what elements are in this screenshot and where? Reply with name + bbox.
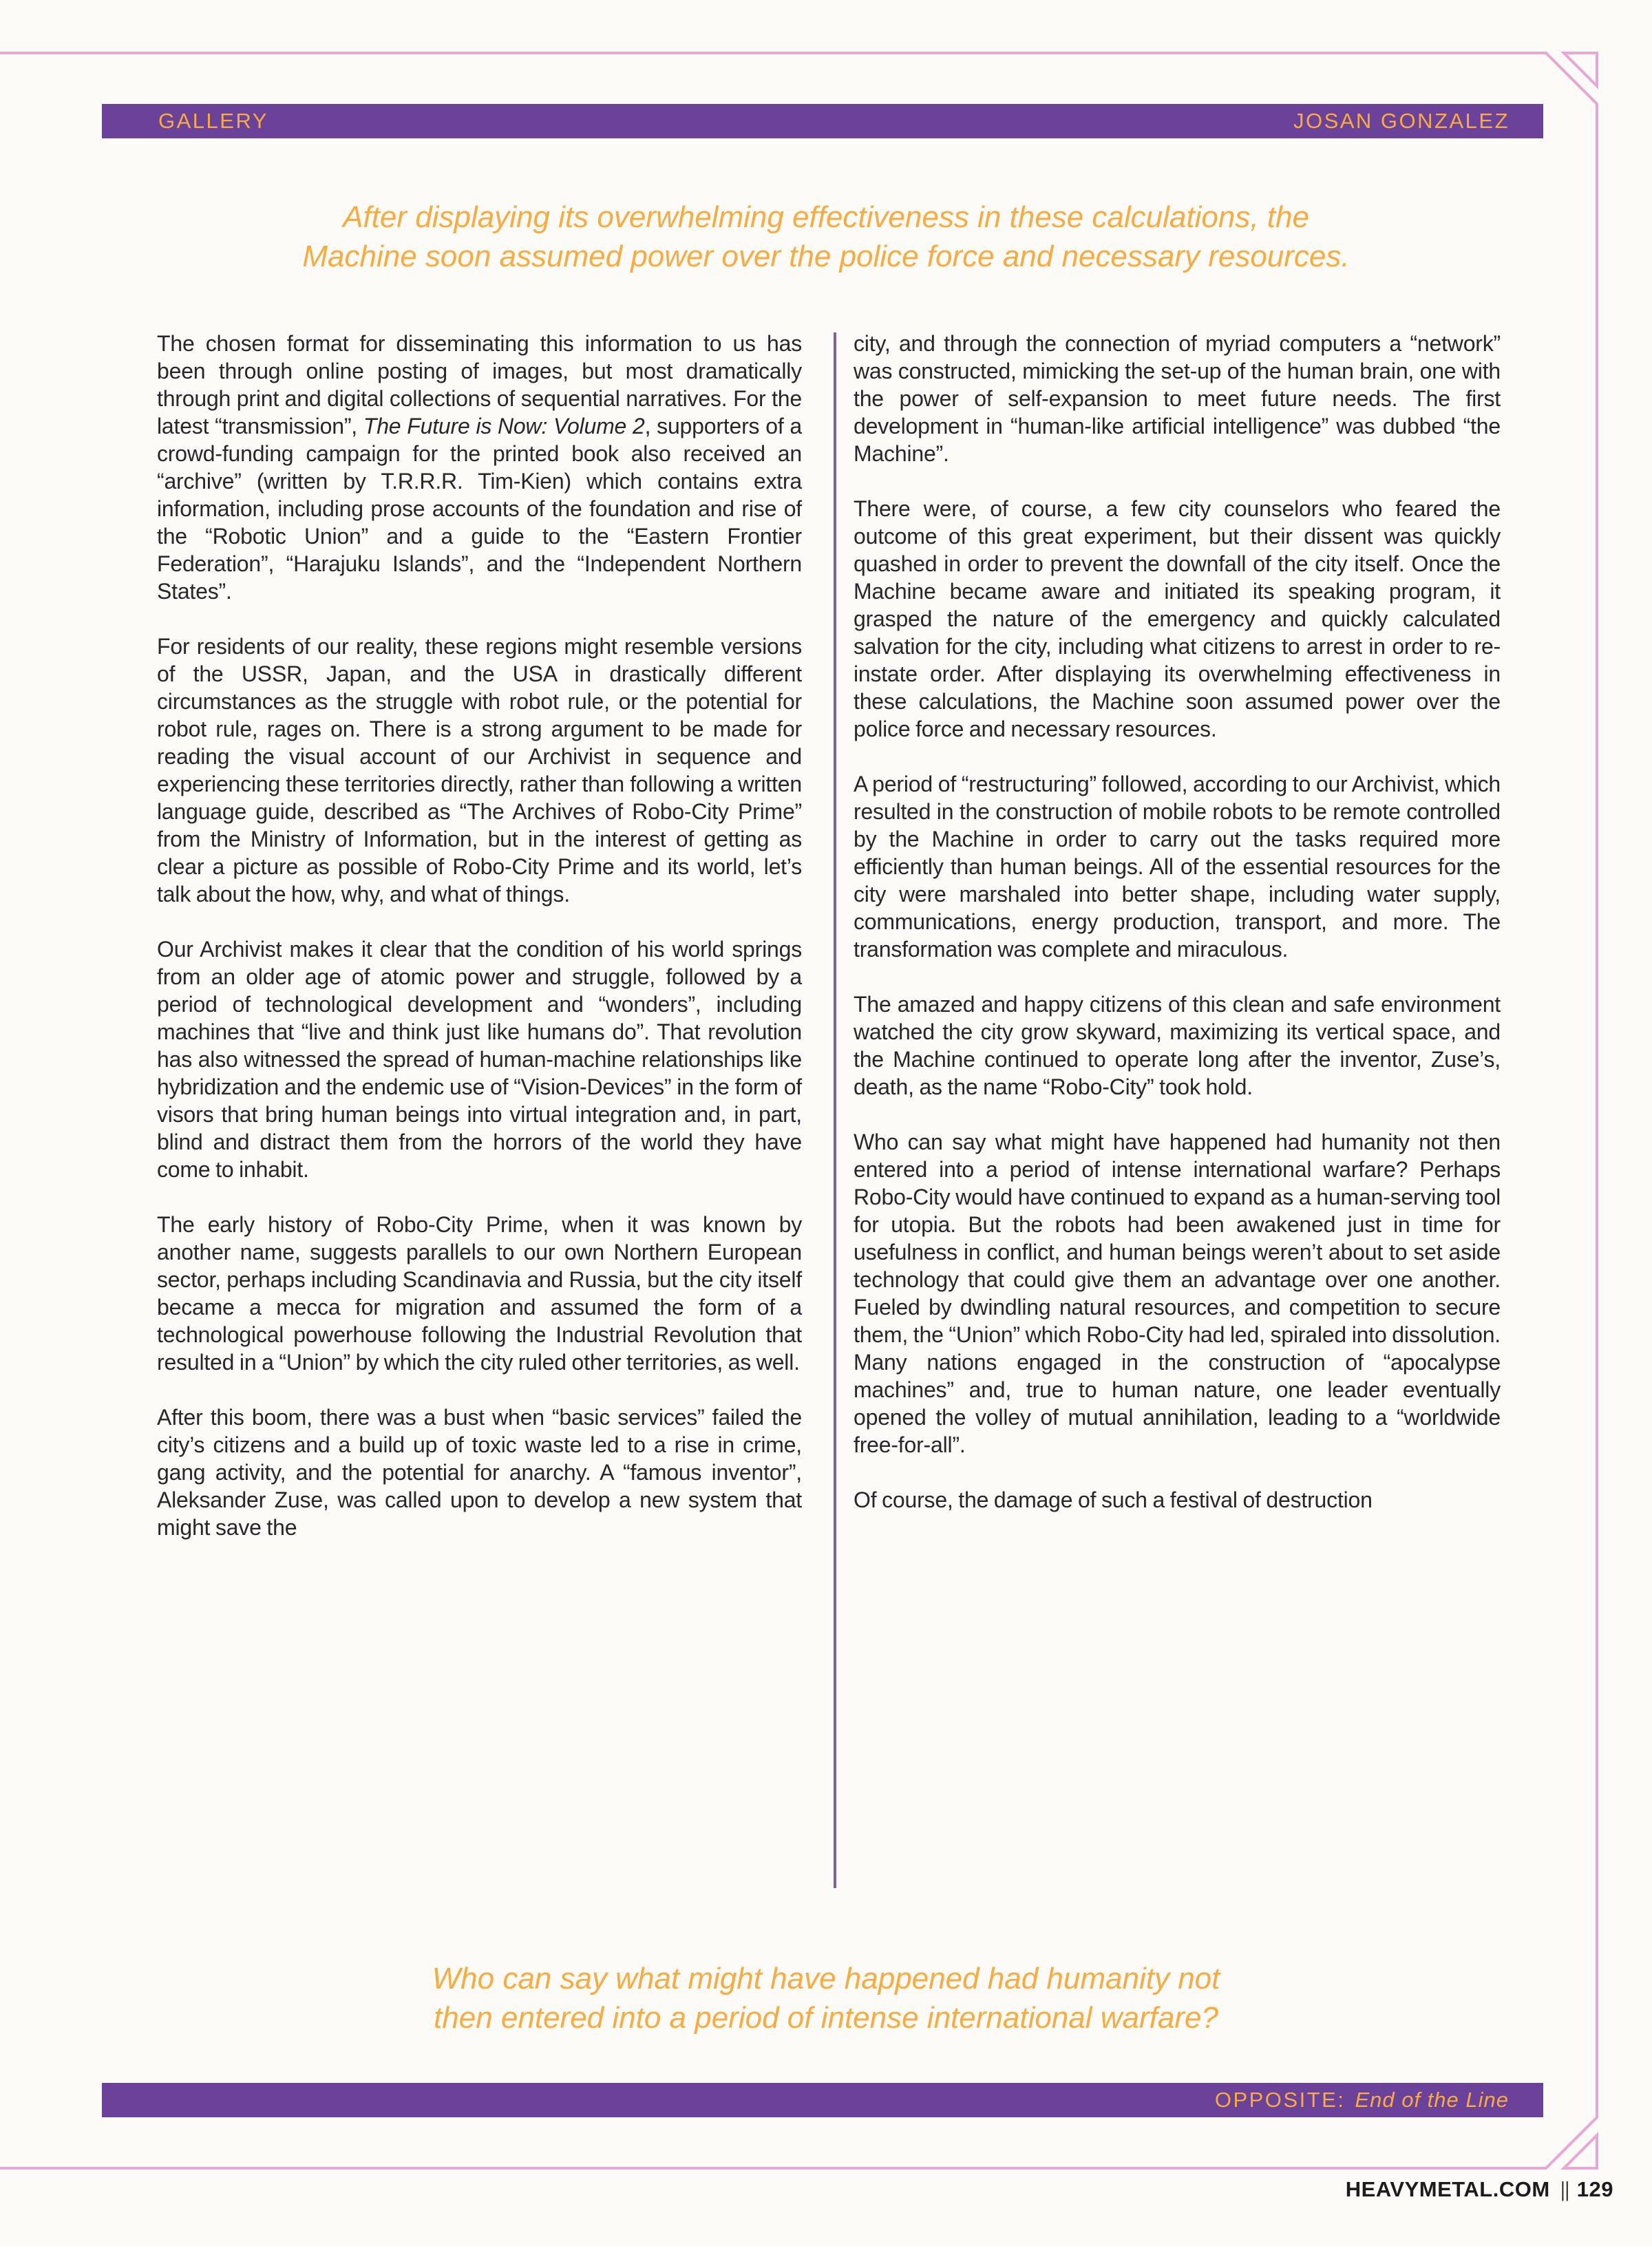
article-column-right: city, and through the connection of myri… <box>854 330 1501 1541</box>
header-bar: GALLERY JOSAN GONZALEZ <box>102 104 1543 138</box>
article-paragraph: The early history of Robo-City Prime, wh… <box>157 1211 802 1376</box>
pull-quote-bottom: Who can say what might have happened had… <box>0 1959 1652 2037</box>
article-paragraph: A period of “restructuring” followed, ac… <box>854 770 1501 963</box>
body-text: For residents of our reality, these regi… <box>157 634 802 907</box>
pull-quote-line: After displaying its overwhelming effect… <box>0 198 1652 237</box>
article-paragraph: There were, of course, a few city counse… <box>854 495 1501 743</box>
section-label: GALLERY <box>158 109 268 134</box>
body-text: Of course, the damage of such a festival… <box>854 1487 1373 1512</box>
body-text: Who can say what might have happened had… <box>854 1130 1501 1457</box>
article-paragraph: city, and through the connection of myri… <box>854 330 1501 467</box>
magazine-page: { "header_bar": { "section": "GALLERY", … <box>0 0 1652 2246</box>
body-text: After this boom, there was a bust when “… <box>157 1405 802 1540</box>
body-text: There were, of course, a few city counse… <box>854 496 1501 741</box>
article-paragraph: For residents of our reality, these regi… <box>157 633 802 908</box>
body-text: A period of “restructuring” followed, ac… <box>854 772 1501 962</box>
body-text: , supporters of a crowd-funding campaign… <box>157 414 802 604</box>
corner-triangle-bottom-right <box>1564 2135 1597 2168</box>
article-paragraph: After this boom, there was a bust when “… <box>157 1403 802 1541</box>
footer-separator: || <box>1554 2177 1574 2202</box>
article-paragraph: Who can say what might have happened had… <box>854 1128 1501 1459</box>
artist-name: JOSAN GONZALEZ <box>1293 109 1510 134</box>
caption-bar: OPPOSITE: End of the Line <box>102 2083 1543 2117</box>
pull-quote-line: then entered into a period of intense in… <box>0 1998 1652 2037</box>
body-text: Our Archivist makes it clear that the co… <box>157 937 802 1182</box>
body-text: city, and through the connection of myri… <box>854 331 1501 466</box>
page-root: GALLERY JOSAN GONZALEZ After displaying … <box>0 0 1652 2246</box>
article-paragraph: The chosen format for disseminating this… <box>157 330 802 605</box>
pull-quote-line: Machine soon assumed power over the poli… <box>0 237 1652 276</box>
pull-quote-line: Who can say what might have happened had… <box>0 1959 1652 1998</box>
body-text: The early history of Robo-City Prime, wh… <box>157 1212 802 1375</box>
column-divider-rule <box>834 332 836 1888</box>
page-footer: HEAVYMETAL.COM||129 <box>1346 2177 1613 2202</box>
pull-quote-top: After displaying its overwhelming effect… <box>0 198 1652 276</box>
caption-label: OPPOSITE: <box>1215 2088 1346 2112</box>
article-paragraph: The amazed and happy citizens of this cl… <box>854 990 1501 1101</box>
footer-page-number: 129 <box>1577 2177 1613 2201</box>
article-column-left: The chosen format for disseminating this… <box>157 330 802 1569</box>
footer-website: HEAVYMETAL.COM <box>1346 2177 1550 2201</box>
body-text: The amazed and happy citizens of this cl… <box>854 992 1501 1099</box>
italic-title-text: The Future is Now: Volume 2 <box>363 414 645 438</box>
caption-artwork-title: End of the Line <box>1355 2088 1509 2112</box>
article-paragraph: Our Archivist makes it clear that the co… <box>157 935 802 1183</box>
article-paragraph: Of course, the damage of such a festival… <box>854 1486 1501 1514</box>
corner-triangle-top-right <box>1564 53 1597 86</box>
